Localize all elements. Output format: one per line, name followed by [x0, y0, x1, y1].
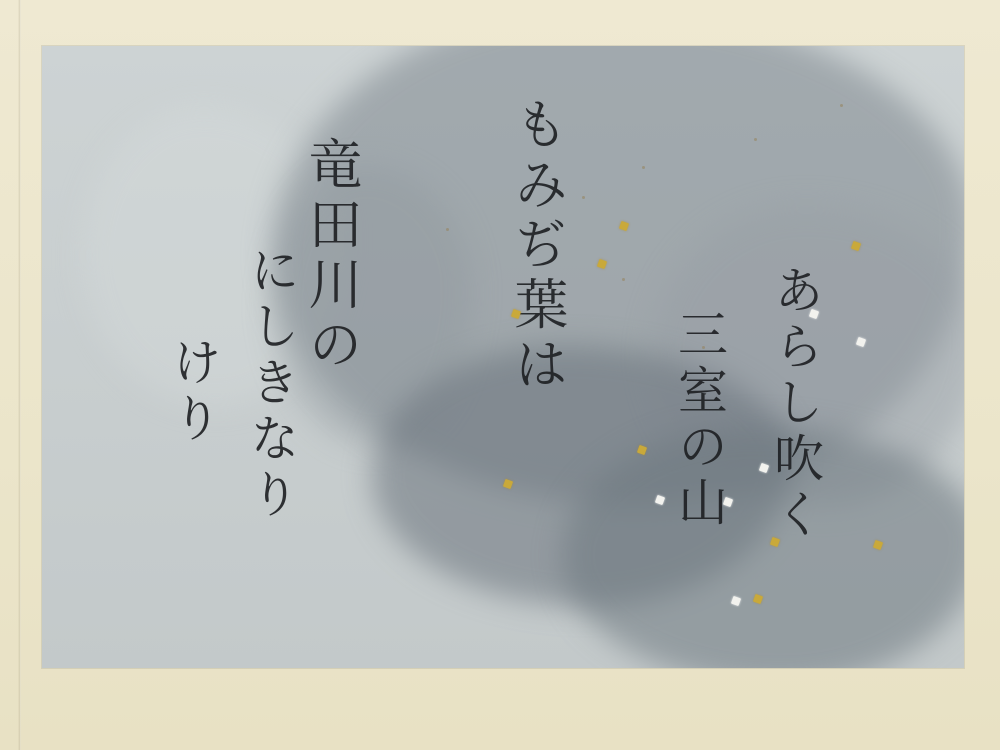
speck [642, 166, 645, 169]
speck [446, 228, 449, 231]
speck [840, 104, 843, 107]
poem-column-3: もみぢ葉は [510, 96, 564, 396]
poem-column-2: 三室の山 [674, 308, 724, 532]
speck [622, 278, 625, 281]
speck [582, 196, 585, 199]
photo-background: あらし吹く 三室の山 もみぢ葉は 竜田川の にしきなり けり [0, 0, 1000, 750]
poem-column-4: 竜田川の [304, 136, 358, 376]
speck [754, 138, 757, 141]
calligraphy-card: あらし吹く 三室の山 もみぢ葉は 竜田川の にしきなり けり [42, 46, 964, 668]
poem-column-6: けり [168, 336, 218, 448]
poem-column-1: あらし吹く [770, 264, 820, 544]
mount-crease [18, 0, 21, 750]
poem: あらし吹く 三室の山 もみぢ葉は 竜田川の にしきなり けり [42, 46, 964, 668]
speck [702, 346, 705, 349]
poem-column-5: にしきなり [246, 244, 296, 524]
